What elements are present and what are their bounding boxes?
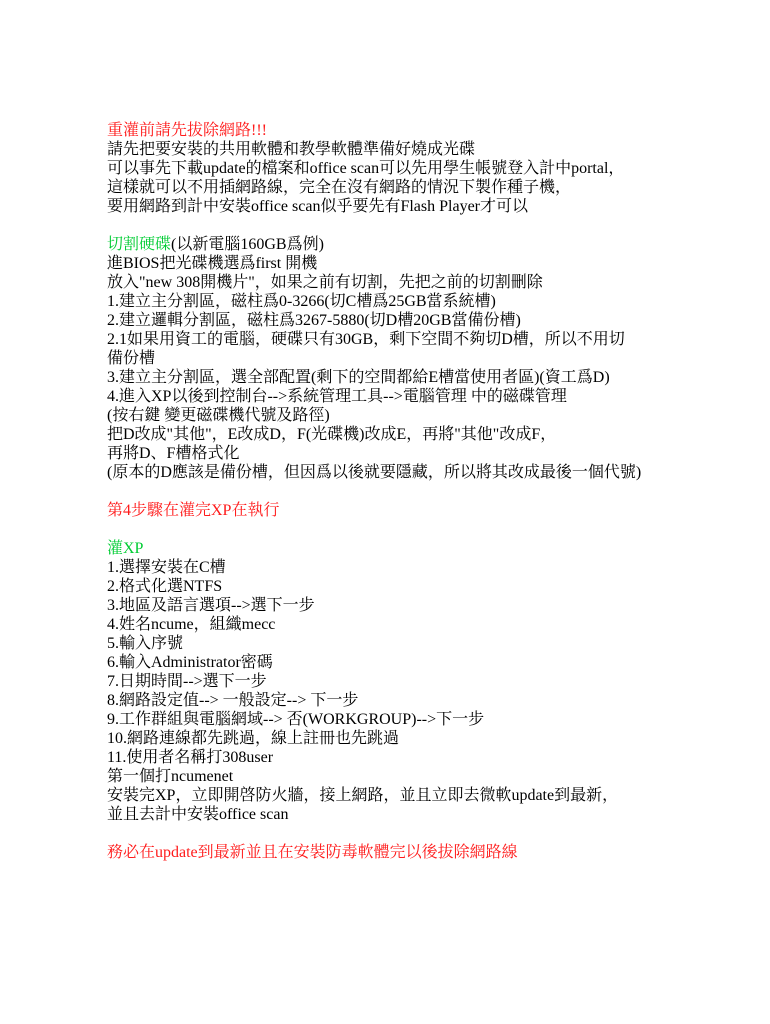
text-line: 2.格式化選NTFS	[107, 577, 687, 596]
text-segment: 8.網路設定值--> 一般設定--> 下一步	[107, 692, 358, 709]
text-segment: 可以事先下載update的檔案和office scan可以先用學生帳號登入計中p…	[107, 160, 624, 177]
text-segment: 請先把要安裝的共用軟體和教學軟體準備好燒成光碟	[107, 141, 475, 158]
text-segment: 進BIOS把光碟機選爲first 開機	[107, 255, 317, 272]
text-segment: 要用網路到計中安裝office scan似乎要先有Flash Player才可以	[107, 198, 528, 215]
text-segment: 4.姓名ncume，組織mecc	[107, 616, 275, 633]
text-line: 6.輸入Administrator密碼	[107, 653, 687, 672]
text-segment: 2.建立邏輯分割區，磁柱爲3267-5880(切D槽20GB當備份槽)	[107, 312, 521, 329]
text-line: 1.選擇安裝在C槽	[107, 558, 687, 577]
text-segment: 切割硬碟	[107, 236, 171, 253]
text-segment: 這樣就可以不用插網路線，完全在沒有網路的情況下製作種子機，	[107, 179, 571, 196]
text-line: 這樣就可以不用插網路線，完全在沒有網路的情況下製作種子機，	[107, 178, 687, 197]
text-segment: 放入"new 308開機片"，如果之前有切割，先把之前的切割刪除	[107, 274, 543, 291]
text-segment: (原本的D應該是備份槽，但因爲以後就要隱藏，所以將其改成最後一個代號)	[107, 464, 641, 481]
text-segment: 再將D、F槽格式化	[107, 445, 239, 462]
text-line: 第一個打ncumenet	[107, 767, 687, 786]
text-line: 2.1如果用資工的電腦，硬碟只有30GB，剩下空間不夠切D槽，所以不用切	[107, 330, 687, 349]
text-line: 3.地區及語言選項-->選下一步	[107, 596, 687, 615]
text-segment: 4.進入XP以後到控制台-->系統管理工具-->電腦管理 中的磁碟管理	[107, 388, 567, 405]
text-segment: 務必在update到最新並且在安裝防毒軟體完以後拔除網路線	[107, 844, 518, 861]
blank-line	[107, 824, 687, 843]
text-segment: (按右鍵 變更磁碟機代號及路徑)	[107, 407, 330, 424]
text-segment: 1.建立主分割區，磁柱爲0-3266(切C槽爲25GB當系統槽)	[107, 293, 496, 310]
text-segment: 備份槽	[107, 350, 155, 367]
text-line: 備份槽	[107, 349, 687, 368]
text-segment: 2.格式化選NTFS	[107, 578, 222, 595]
text-line: 安裝完XP，立即開啓防火牆，接上網路，並且立即去微軟update到最新，	[107, 786, 687, 805]
text-line: 灌XP	[107, 539, 687, 558]
text-segment: 3.建立主分割區，選全部配置(剩下的空間都給E槽當使用者區)(資工爲D)	[107, 369, 610, 386]
text-segment: 2.1如果用資工的電腦，硬碟只有30GB，剩下空間不夠切D槽，所以不用切	[107, 331, 625, 348]
text-line: 放入"new 308開機片"，如果之前有切割，先把之前的切割刪除	[107, 273, 687, 292]
text-segment: 6.輸入Administrator密碼	[107, 654, 273, 671]
text-line: (按右鍵 變更磁碟機代號及路徑)	[107, 406, 687, 425]
text-line: 請先把要安裝的共用軟體和教學軟體準備好燒成光碟	[107, 140, 687, 159]
text-segment: 1.選擇安裝在C槽	[107, 559, 226, 576]
blank-line	[107, 216, 687, 235]
text-segment: 7.日期時間-->選下一步	[107, 673, 267, 690]
text-segment: 第4步驟在灌完XP在執行	[107, 502, 279, 519]
document-text: 重灌前請先拔除網路!!!請先把要安裝的共用軟體和教學軟體準備好燒成光碟可以事先下…	[107, 121, 687, 862]
text-segment: 第一個打ncumenet	[107, 768, 233, 785]
text-line: 9.工作群組與電腦網域--> 否(WORKGROUP)-->下一步	[107, 710, 687, 729]
text-segment: 3.地區及語言選項-->選下一步	[107, 597, 315, 614]
text-segment: 重灌前請先拔除網路!!!	[107, 122, 267, 139]
text-line: 第4步驟在灌完XP在執行	[107, 501, 687, 520]
text-line: 進BIOS把光碟機選爲first 開機	[107, 254, 687, 273]
text-segment: 並且去計中安裝office scan	[107, 806, 288, 823]
text-line: 11.使用者名稱打308user	[107, 748, 687, 767]
text-line: 1.建立主分割區，磁柱爲0-3266(切C槽爲25GB當系統槽)	[107, 292, 687, 311]
text-line: 再將D、F槽格式化	[107, 444, 687, 463]
text-line: 10.網路連線都先跳過，線上註冊也先跳過	[107, 729, 687, 748]
blank-line	[107, 482, 687, 501]
text-line: 5.輸入序號	[107, 634, 687, 653]
text-line: 8.網路設定值--> 一般設定--> 下一步	[107, 691, 687, 710]
text-line: 可以事先下載update的檔案和office scan可以先用學生帳號登入計中p…	[107, 159, 687, 178]
text-segment: 5.輸入序號	[107, 635, 183, 652]
text-line: (原本的D應該是備份槽，但因爲以後就要隱藏，所以將其改成最後一個代號)	[107, 463, 687, 482]
text-line: 7.日期時間-->選下一步	[107, 672, 687, 691]
text-line: 切割硬碟(以新電腦160GB爲例)	[107, 235, 687, 254]
text-segment: 安裝完XP，立即開啓防火牆，接上網路，並且立即去微軟update到最新，	[107, 787, 618, 804]
text-line: 2.建立邏輯分割區，磁柱爲3267-5880(切D槽20GB當備份槽)	[107, 311, 687, 330]
text-line: 把D改成"其他"，E改成D，F(光碟機)改成E，再將"其他"改成F，	[107, 425, 687, 444]
text-line: 重灌前請先拔除網路!!!	[107, 121, 687, 140]
text-segment: 灌XP	[107, 540, 143, 557]
text-segment: 9.工作群組與電腦網域--> 否(WORKGROUP)-->下一步	[107, 711, 484, 728]
text-line: 3.建立主分割區，選全部配置(剩下的空間都給E槽當使用者區)(資工爲D)	[107, 368, 687, 387]
text-segment: 11.使用者名稱打308user	[107, 749, 273, 766]
blank-line	[107, 520, 687, 539]
text-segment: 10.網路連線都先跳過，線上註冊也先跳過	[107, 730, 399, 747]
text-line: 4.進入XP以後到控制台-->系統管理工具-->電腦管理 中的磁碟管理	[107, 387, 687, 406]
text-line: 並且去計中安裝office scan	[107, 805, 687, 824]
text-segment: (以新電腦160GB爲例)	[171, 236, 324, 253]
text-segment: 把D改成"其他"，E改成D，F(光碟機)改成E，再將"其他"改成F，	[107, 426, 556, 443]
text-line: 要用網路到計中安裝office scan似乎要先有Flash Player才可以	[107, 197, 687, 216]
text-line: 4.姓名ncume，組織mecc	[107, 615, 687, 634]
text-line: 務必在update到最新並且在安裝防毒軟體完以後拔除網路線	[107, 843, 687, 862]
